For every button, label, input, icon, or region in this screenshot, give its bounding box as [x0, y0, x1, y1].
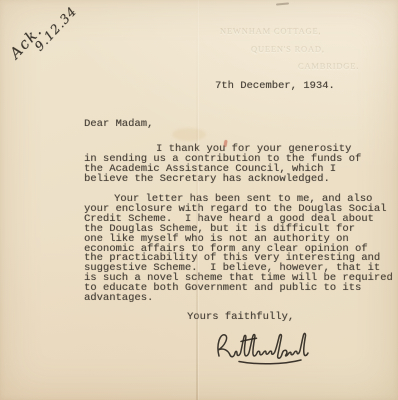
handwritten-ack-annotation: Ack. 9.12.34 [6, 0, 80, 70]
signature-underline [239, 360, 301, 364]
letter-page: Ack. 9.12.34 Newnham Cottage, Queen's Ro… [0, 0, 398, 400]
paper-stain [172, 128, 206, 141]
paragraph-thanks: I thank you for your generosity in sendi… [84, 145, 398, 185]
signature-rutherford [212, 329, 317, 365]
paragraph-douglas-scheme: Your letter has been sent to me, and als… [84, 195, 398, 304]
closing-valediction: Yours faithfully, [187, 313, 294, 323]
fold-crease [196, 0, 198, 400]
letter-date: 7th December, 1934. [215, 82, 335, 92]
salutation: Dear Madam, [84, 120, 153, 130]
letterhead-line: Queen's Road, [251, 41, 359, 59]
letterhead-line: Cambridge. [298, 58, 359, 76]
pencil-mark [276, 2, 289, 5]
signature-stroke [218, 333, 308, 358]
letterhead-line: Newnham Cottage, [220, 23, 359, 41]
embossed-letterhead: Newnham Cottage, Queen's Road, Cambridge… [220, 23, 359, 76]
